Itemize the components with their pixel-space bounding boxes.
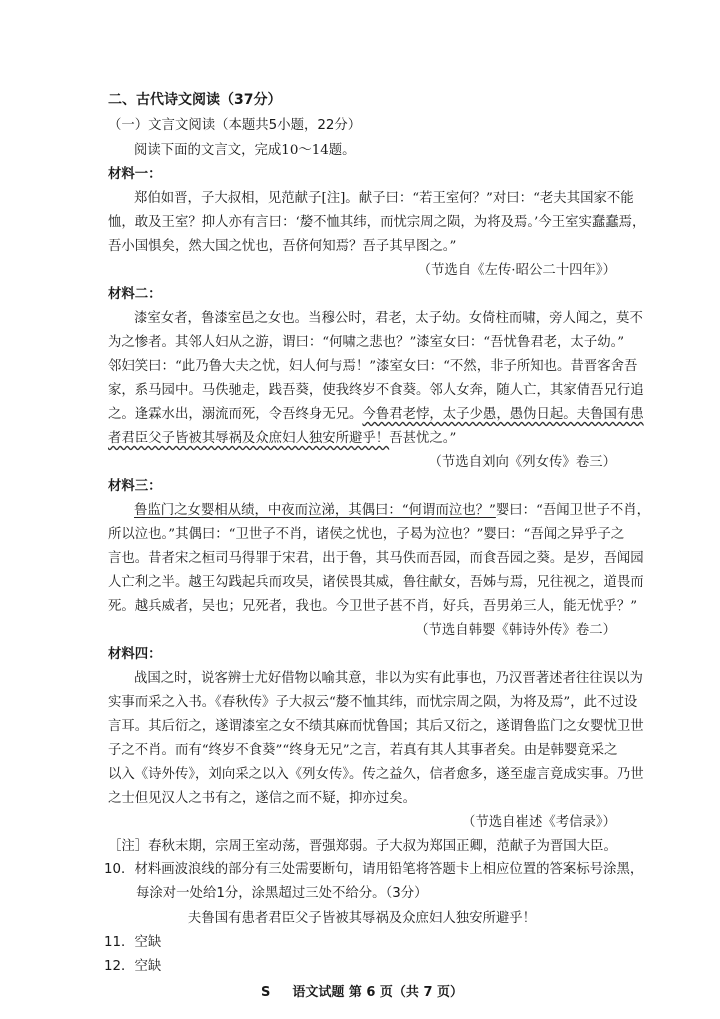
material-1-line: 郑伯如晋，子大叔相，见范献子[注]。献子曰：“若王室何？”对曰：“老夫其国家不能 xyxy=(134,190,616,208)
material-4-line: 之士但见汉人之书有之，遂信之而不疑，抑亦过矣。 xyxy=(108,790,416,808)
material-4-label: 材料四： xyxy=(108,646,162,664)
question-10-line: 10．材料画波浪线的部分有三处需要断句，请用铅笔将答题卡上相应位置的答案标号涂黑… xyxy=(104,861,643,879)
page-footer: S语文试题 第 6 页（共 7 页） xyxy=(108,984,616,1002)
instruction: 阅读下面的文言文，完成10～14题。 xyxy=(134,142,356,160)
material-3-label: 材料三： xyxy=(108,478,162,496)
material-3-plain-text: 婴曰：“吾闻卫世子不肖， xyxy=(496,503,650,518)
straight-underlined-text: 鲁监门之女婴相从绩，中夜而泣涕，其偶曰：“何谓而泣也？” xyxy=(134,503,496,518)
material-4-source: （节选自崔述《考信录》） xyxy=(462,814,616,832)
material-1-label: 材料一： xyxy=(108,166,162,184)
material-4-line: 言耳。其后衍之，遂谓漆室之女不绩其麻而忧鲁国；其后又衍之，遂谓鲁监门之女婴忧卫世 xyxy=(108,718,616,736)
material-1-line: 吾小国惧矣，然大国之忧也，吾侪何知焉？吾子其早图之。” xyxy=(108,238,456,256)
material-1-line: 恤，敢及王室？抑人亦有言曰：‘嫠不恤其纬，而忧宗周之陨，为将及焉。’今王室实蠢蠢… xyxy=(108,214,616,232)
question-text: 空缺 xyxy=(134,935,161,950)
question-number: 11． xyxy=(104,935,134,950)
material-2-source: （节选自刘向《列女传》卷三） xyxy=(429,454,616,472)
footnote: ［注］春秋末期，宗周王室动荡，晋强郑弱。子大叔为郑国正卿，范献子为晋国大臣。 xyxy=(108,838,617,856)
material-1-source: （节选自《左传·昭公二十四年》） xyxy=(418,262,616,280)
question-10-sentence: 夫鲁国有患者君臣父子皆被其辱祸及众庶妇人独安所避乎！ xyxy=(108,910,616,928)
question-11-line: 11．空缺 xyxy=(104,934,161,952)
material-2-line: 邻妇笑曰：“此乃鲁大夫之忧，妇人何与焉！”漆室女曰：“不然，非子所知也。昔晋客舍… xyxy=(108,358,616,376)
material-2-plain-text: 吾甚忧之。” xyxy=(389,431,456,446)
question-text: 空缺 xyxy=(134,959,161,974)
material-4-line: 实事而采之入书。《春秋传》子大叔云“嫠不恤其纬，而忧宗周之陨，为将及焉”，此不过… xyxy=(108,694,616,712)
material-4-line: 子之不肖。而有“终岁不食葵”“终身无兄”之言，若真有其人其事者矣。由是韩婴竟采之 xyxy=(108,742,616,760)
material-3-source: （节选自韩婴《韩诗外传》卷二） xyxy=(415,622,616,640)
material-2-line: 为之惨者。其邻人妇从之游，谓曰：“何啸之悲也？”漆室女曰：“吾忧鲁君老，太子幼。… xyxy=(108,334,616,352)
question-10-line: 每涂对一处给1分，涂黑超过三处不给分。（3分） xyxy=(136,885,428,903)
material-2-line: 漆室女者，鲁漆室邑之女也。当穆公时，君老，太子幼。女倚柱而啸，旁人闻之，莫不 xyxy=(134,310,616,328)
material-3-line: 死。越兵威者，吴也；兄死者，我也。今卫世子甚不肖，好兵，吾男弟三人，能无忧乎？” xyxy=(108,598,637,616)
question-number: 10． xyxy=(104,862,134,877)
question-12-line: 12．空缺 xyxy=(104,958,161,976)
material-2-line: 者君臣父子皆被其辱祸及众庶妇人独安所避乎！吾甚忧之。” xyxy=(108,430,456,448)
wavy-underlined-text: 者君臣父子皆被其辱祸及众庶妇人独安所避乎！ xyxy=(108,431,389,446)
section-title: 二、古代诗文阅读（37分） xyxy=(108,91,281,109)
subsection-title: （一）文言文阅读（本题共5小题，22分） xyxy=(108,117,361,135)
material-3-line: 所以泣也。”其偶曰：“卫世子不肖，诸侯之忧也，子曷为泣也？”婴曰：“吾闻之异乎子… xyxy=(108,526,616,544)
material-3-line: 人亡利之半。越王勾践起兵而攻吴，诸侯畏其威，鲁往献女，吾姊与焉，兄往视之，道畏而 xyxy=(108,574,616,592)
material-4-line: 战国之时，说客辨士尤好借物以喻其意，非以为实有此事也，乃汉晋著述者往往误以为 xyxy=(134,670,616,688)
material-2-plain-text: 之。逢霖水出，溺流而死，令吾终身无兄。 xyxy=(108,407,362,422)
material-2-line: 家，系马园中。马佚驰走，践吾葵，使我终岁不食葵。邻人女奔，随人亡，其家倩吾兄行追 xyxy=(108,382,616,400)
material-2-label: 材料二： xyxy=(108,286,162,304)
footer-code: S xyxy=(261,985,270,1000)
material-3-line: 鲁监门之女婴相从绩，中夜而泣涕，其偶曰：“何谓而泣也？”婴曰：“吾闻卫世子不肖， xyxy=(134,502,650,520)
wavy-underlined-text: 今鲁君老悖，太子少愚，愚伪日起。夫鲁国有患 xyxy=(362,407,643,422)
question-text: 材料画波浪线的部分有三处需要断句，请用铅笔将答题卡上相应位置的答案标号涂黑， xyxy=(134,862,643,877)
material-3-line: 言也。昔者宋之桓司马得罪于宋君，出于鲁，其马佚而吾园，而食吾园之葵。是岁，吾闻园 xyxy=(108,550,616,568)
material-4-line: 以入《诗外传》，刘向采之以入《列女传》。传之益久，信者愈多，遂至虚言竟成实事。乃… xyxy=(108,766,616,784)
question-number: 12． xyxy=(104,959,134,974)
material-2-line: 之。逢霖水出，溺流而死，令吾终身无兄。今鲁君老悖，太子少愚，愚伪日起。夫鲁国有患 xyxy=(108,406,644,424)
footer-page-info: 语文试题 第 6 页（共 7 页） xyxy=(292,985,463,1000)
